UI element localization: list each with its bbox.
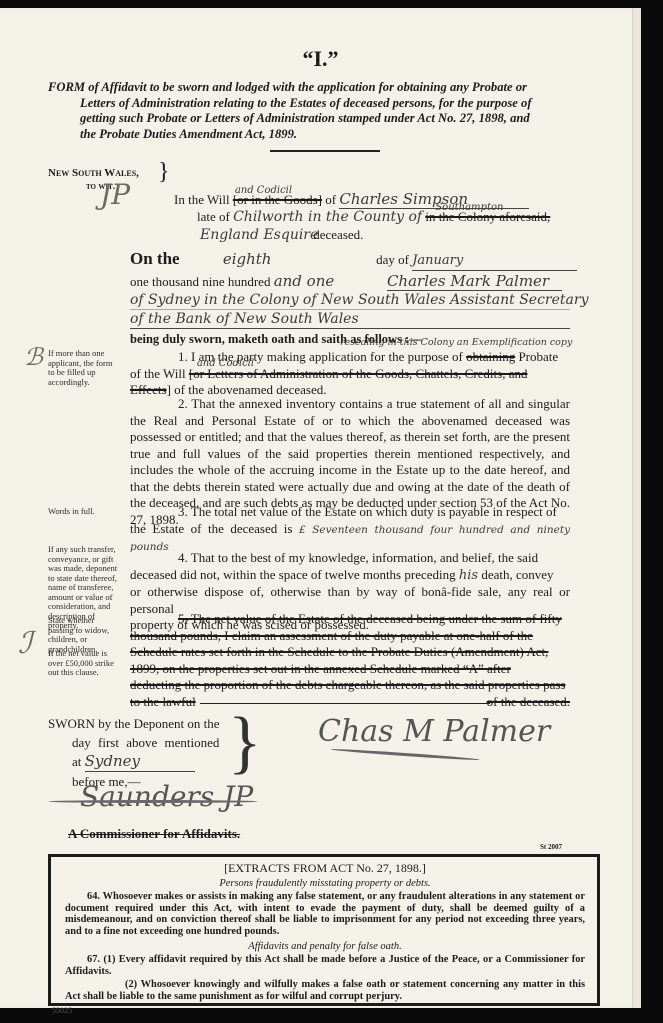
margin-pencil-mark: ℬ bbox=[24, 343, 43, 371]
struck-effects: Effects bbox=[130, 382, 167, 397]
heading-line: Letters of Administration relating to th… bbox=[48, 96, 618, 112]
of-the-will: of the Will bbox=[130, 366, 186, 381]
will-label: In the Will bbox=[174, 192, 230, 207]
extracts-subheading-1: Persons fraudulently misstating property… bbox=[65, 878, 585, 890]
struck-line: 1899, on the properties set out in the a… bbox=[130, 661, 570, 678]
print-number: 55025 bbox=[52, 1006, 72, 1015]
commissioner-flourish bbox=[48, 800, 258, 803]
month-field[interactable]: January bbox=[412, 252, 577, 271]
late-of-label: late of bbox=[197, 209, 230, 224]
heading-line: getting such Probate or Letters of Admin… bbox=[48, 111, 618, 127]
occupation-line: England Esquire deceased. bbox=[200, 226, 363, 244]
commissioner-signature: Saunders JP bbox=[80, 780, 253, 813]
margin-note-net-value: If the net value is over £50,000 strike … bbox=[48, 649, 120, 678]
sworn-brace: } bbox=[228, 708, 262, 778]
extracts-heading: [EXTRACTS FROM ACT No. 27, 1898.] bbox=[65, 863, 585, 875]
late-of-line: late of Chilworth in the County of South… bbox=[197, 208, 550, 226]
clause-5-struck: 5. The net value of the Estate of the de… bbox=[130, 611, 570, 710]
on-the-label: On the bbox=[130, 249, 180, 268]
section-64: 64. Whosoever makes or assists in making… bbox=[65, 891, 585, 937]
heading-line: the Probate Duties Amendment Act, 1899. bbox=[48, 127, 618, 143]
inserted-codicil-2: and Codicil bbox=[197, 356, 254, 373]
heading-divider bbox=[270, 150, 380, 152]
occupation-field[interactable]: England Esquire bbox=[200, 226, 310, 244]
clause-4-line2b: death, convey bbox=[481, 567, 553, 582]
sworn-line-2: day first above mentioned bbox=[48, 733, 220, 752]
pronoun-field[interactable]: his bbox=[459, 568, 478, 583]
deceased-label: deceased. bbox=[313, 227, 363, 242]
margin-pencil-mark-2: ℐ bbox=[18, 626, 32, 661]
residence-field[interactable]: Chilworth in the County of bbox=[233, 209, 422, 225]
deponent-signature: Chas M Palmer bbox=[318, 714, 550, 749]
year-field[interactable]: and one bbox=[274, 272, 384, 290]
struck-line: 5. The net value of the Estate of the de… bbox=[130, 611, 570, 628]
inserted-county: Southampton bbox=[435, 199, 503, 217]
clause-3-text2: the Estate of the deceased is bbox=[130, 521, 292, 536]
margin-note-applicants: If more than one applicant, the form to … bbox=[48, 349, 120, 387]
section-67-1: 67. (1) Every affidavit required by this… bbox=[65, 954, 585, 977]
at-label: at bbox=[72, 754, 81, 769]
signature-flourish bbox=[330, 748, 480, 761]
extracts-subheading-2: Affidavits and penalty for false oath. bbox=[65, 941, 585, 953]
form-code: St 2007 bbox=[540, 843, 562, 851]
date-line: On the eighth day of January bbox=[130, 250, 577, 271]
paper-edge bbox=[632, 8, 641, 1008]
struck-line: of the deceased. bbox=[487, 694, 570, 711]
section-67-2: (2) Whosoever knowingly and wilfully mak… bbox=[65, 979, 585, 1002]
margin-note-words-in-full: Words in full. bbox=[48, 507, 95, 517]
clause-4-line2: deceased did not, within the space of tw… bbox=[130, 567, 456, 582]
inserted-codicil: and Codicil bbox=[235, 182, 292, 200]
deponent-description-1[interactable]: of Sydney in the Colony of New South Wal… bbox=[130, 291, 570, 310]
deponent-name-field[interactable]: Charles Mark Palmer bbox=[387, 272, 562, 291]
deponent-description-2[interactable]: of the Bank of New South Wales bbox=[130, 310, 570, 329]
struck-line: to the lawful bbox=[130, 694, 196, 711]
commissioner-title: A Commissioner for Affidavits. bbox=[68, 826, 240, 842]
probate-word: Probate bbox=[518, 349, 558, 364]
extracts-box: [EXTRACTS FROM ACT No. 27, 1898.] Person… bbox=[48, 854, 600, 1006]
clause-1-text: 1. I am the party making application for… bbox=[130, 349, 463, 364]
day-field[interactable]: eighth bbox=[183, 250, 373, 268]
margin-pencil-initials: JP bbox=[100, 178, 130, 211]
clause-3-text: 3. The total net value of the Estate on … bbox=[130, 504, 557, 519]
year-line: one thousand nine hundred and one Charle… bbox=[130, 272, 562, 291]
affidavit-page: “I.” FORM of Affidavit to be sworn and l… bbox=[0, 8, 641, 1008]
brace: } bbox=[158, 160, 170, 184]
clause-1: resealing in this Colony an Exemplificat… bbox=[130, 341, 570, 399]
heading-line: FORM of Affidavit to be sworn and lodged… bbox=[48, 80, 618, 96]
clause-4-line1: 4. That to the best of my knowledge, inf… bbox=[130, 550, 538, 565]
year-label: one thousand nine hundred bbox=[130, 274, 270, 289]
struck-line: Schedule rates set forth in the Schedule… bbox=[130, 644, 570, 661]
sworn-line-1: SWORN by the Deponent on the bbox=[48, 714, 220, 733]
clause-1-annotation: resealing in this Colony an Exemplificat… bbox=[340, 337, 572, 348]
clause-3: 3. The total net value of the Estate on … bbox=[130, 504, 570, 556]
clause-1-end: ] of the abovenamed deceased. bbox=[167, 382, 327, 397]
struck-line: deducting the proportion of the debts ch… bbox=[130, 677, 570, 694]
form-heading: FORM of Affidavit to be sworn and lodged… bbox=[48, 80, 618, 142]
day-of-label: day of bbox=[376, 252, 409, 267]
of-label: of bbox=[325, 192, 336, 207]
form-title: “I.” bbox=[0, 46, 641, 72]
sworn-place-field[interactable]: Sydney bbox=[85, 752, 195, 772]
struck-line: thousand pounds, I claim an assessment o… bbox=[130, 628, 570, 645]
struck-obtaining: obtaining bbox=[466, 349, 515, 364]
